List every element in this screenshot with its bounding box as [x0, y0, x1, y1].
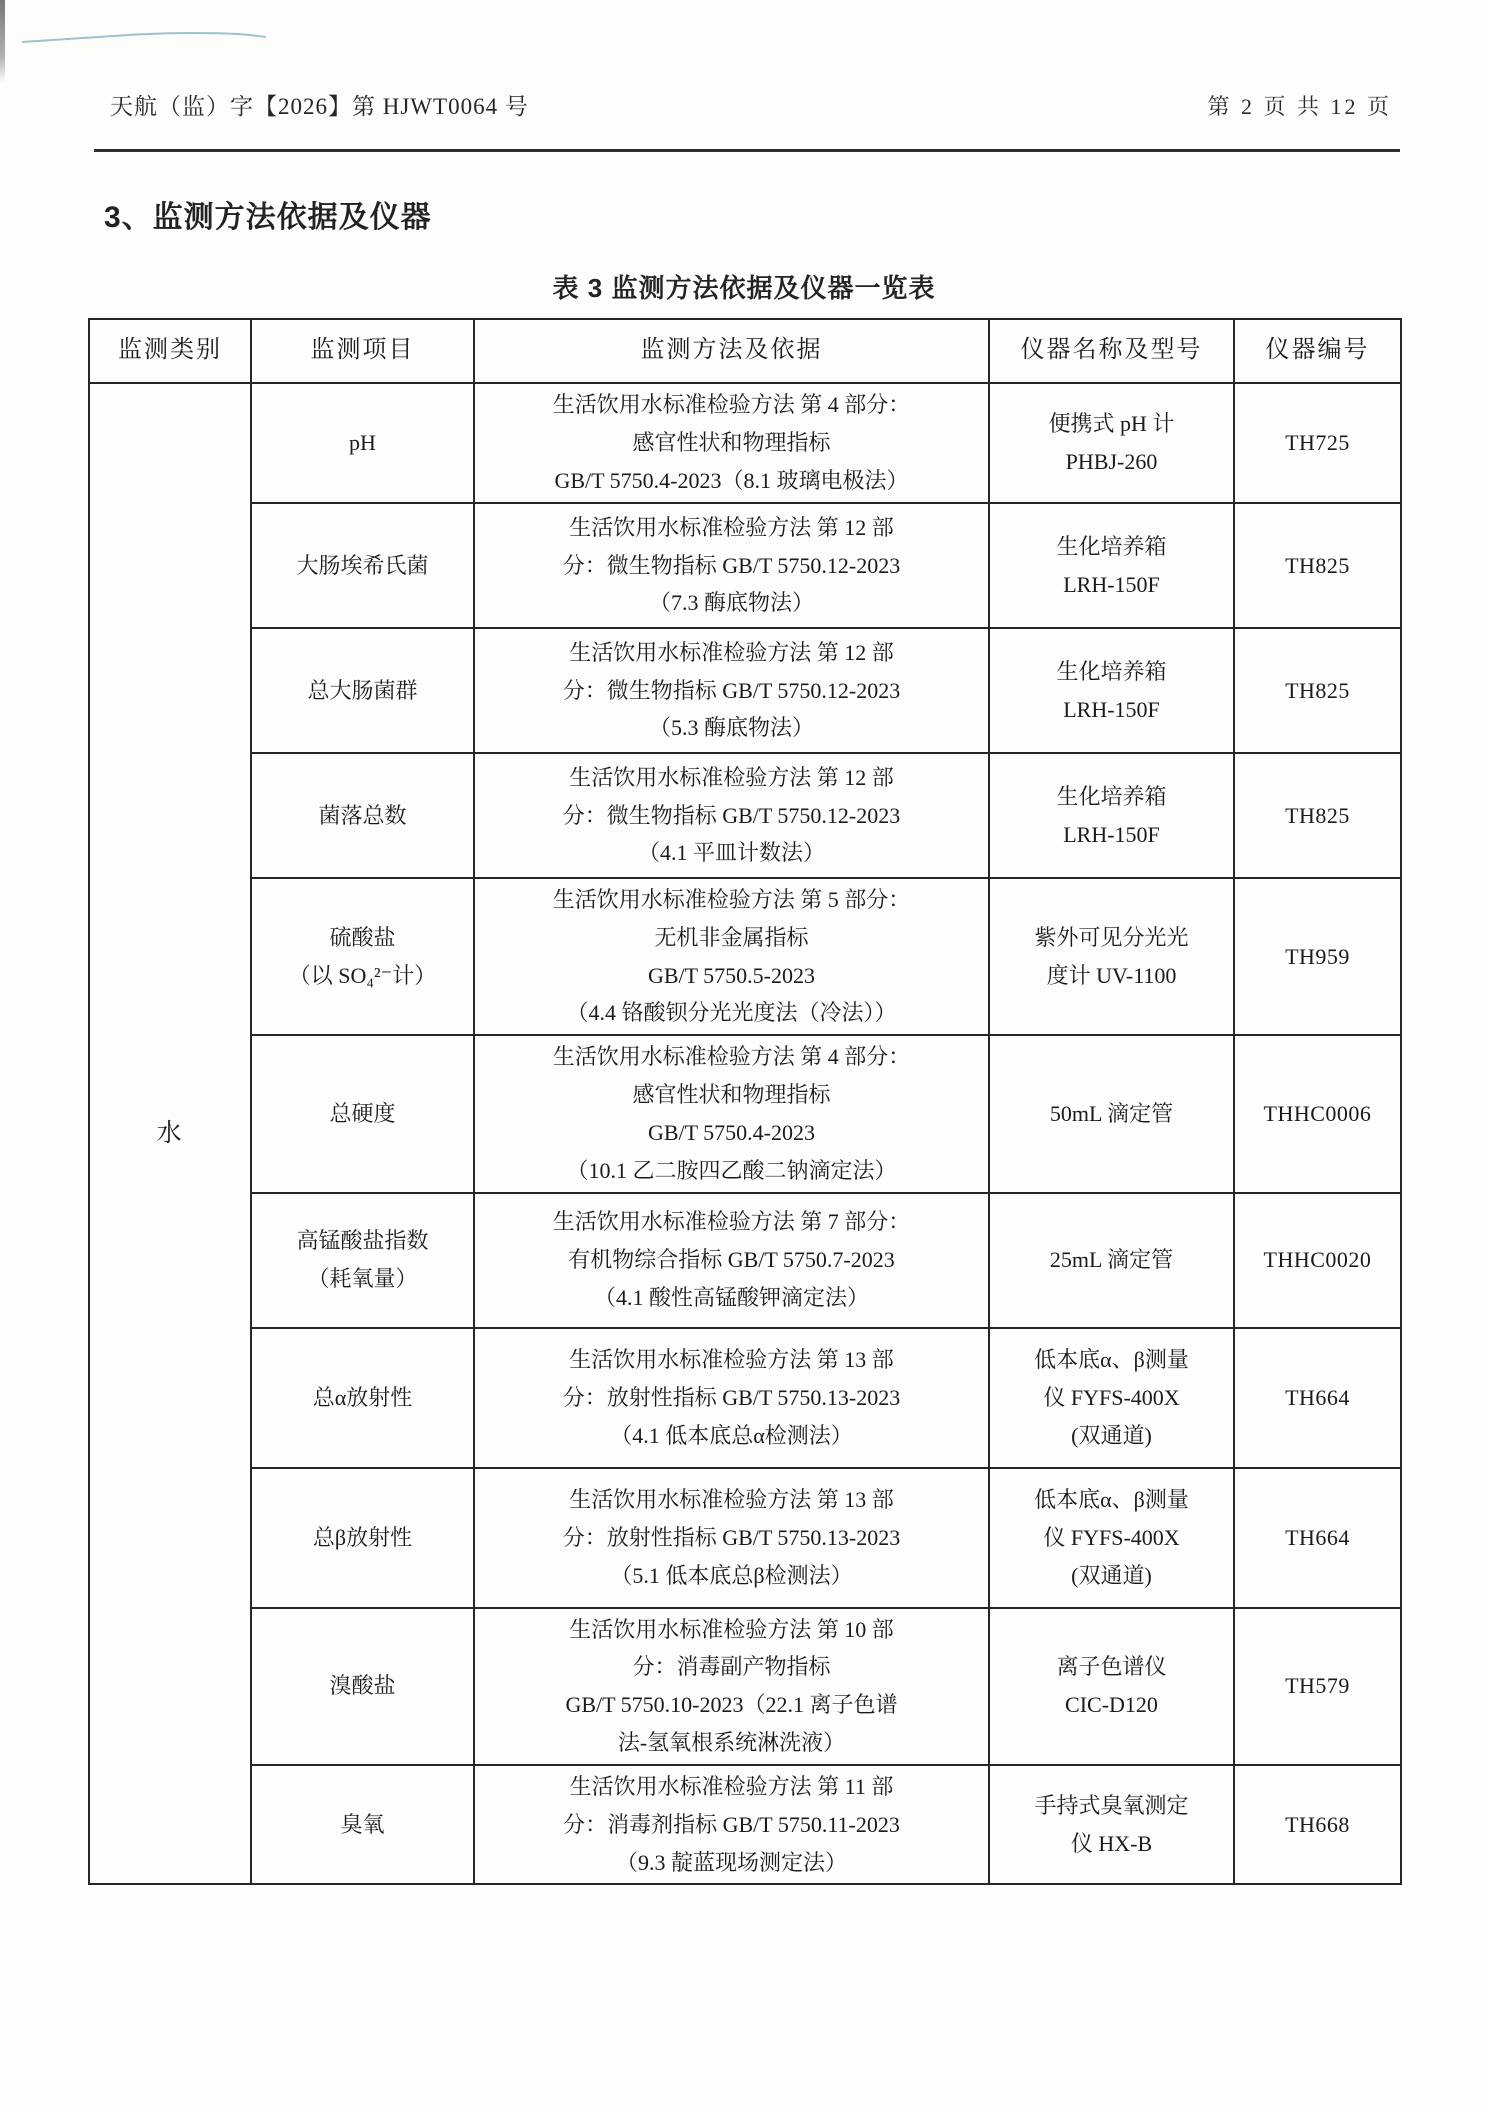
- item-cell: 大肠埃希氏菌: [251, 503, 474, 628]
- instrument-cell: 生化培养箱 LRH-150F: [989, 503, 1234, 628]
- table-row: 总硬度 生活饮用水标准检验方法 第 4 部分： 感官性状和物理指标 GB/T 5…: [89, 1035, 1401, 1192]
- instrument-cell: 便携式 pH 计 PHBJ-260: [989, 383, 1234, 503]
- instrument-id-cell: TH664: [1234, 1468, 1401, 1608]
- instrument-id-cell: TH725: [1234, 383, 1401, 503]
- item-cell: pH: [251, 383, 474, 503]
- table-row: 水 pH 生活饮用水标准检验方法 第 4 部分： 感官性状和物理指标 GB/T …: [89, 383, 1401, 503]
- method-cell: 生活饮用水标准检验方法 第 7 部分： 有机物综合指标 GB/T 5750.7-…: [474, 1193, 989, 1328]
- table-row: 总β放射性 生活饮用水标准检验方法 第 13 部 分：放射性指标 GB/T 57…: [89, 1468, 1401, 1608]
- instrument-cell: 离子色谱仪 CIC-D120: [989, 1608, 1234, 1765]
- instrument-id-cell: TH579: [1234, 1608, 1401, 1765]
- item-cell: 总β放射性: [251, 1468, 474, 1608]
- table-row: 臭氧 生活饮用水标准检验方法 第 11 部 分：消毒剂指标 GB/T 5750.…: [89, 1765, 1401, 1884]
- instrument-id-cell: TH664: [1234, 1328, 1401, 1468]
- item-cell: 硫酸盐 （以 SO₄²⁻计）: [251, 878, 474, 1035]
- monitoring-methods-table: 监测类别 监测项目 监测方法及依据 仪器名称及型号 仪器编号 水 pH 生活饮用…: [88, 318, 1402, 1885]
- table-header-row: 监测类别 监测项目 监测方法及依据 仪器名称及型号 仪器编号: [89, 319, 1401, 383]
- col-header-instrument-id: 仪器编号: [1234, 319, 1401, 383]
- instrument-id-cell: THHC0020: [1234, 1193, 1401, 1328]
- table-row: 硫酸盐 （以 SO₄²⁻计） 生活饮用水标准检验方法 第 5 部分： 无机非金属…: [89, 878, 1401, 1035]
- instrument-cell: 紫外可见分光光 度计 UV-1100: [989, 878, 1234, 1035]
- table-row: 总大肠菌群 生活饮用水标准检验方法 第 12 部 分：微生物指标 GB/T 57…: [89, 628, 1401, 753]
- instrument-cell: 低本底α、β测量 仪 FYFS-400X (双通道): [989, 1328, 1234, 1468]
- col-header-instrument: 仪器名称及型号: [989, 319, 1234, 383]
- header-divider: [94, 149, 1400, 152]
- category-cell: 水: [89, 383, 251, 1884]
- instrument-id-cell: THHC0006: [1234, 1035, 1401, 1192]
- table-row: 总α放射性 生活饮用水标准检验方法 第 13 部 分：放射性指标 GB/T 57…: [89, 1328, 1401, 1468]
- section-heading: 3、监测方法依据及仪器: [104, 192, 432, 236]
- col-header-method: 监测方法及依据: [474, 319, 989, 383]
- item-cell: 臭氧: [251, 1765, 474, 1884]
- instrument-id-cell: TH825: [1234, 753, 1401, 878]
- method-cell: 生活饮用水标准检验方法 第 13 部 分：放射性指标 GB/T 5750.13-…: [474, 1468, 989, 1608]
- method-cell: 生活饮用水标准检验方法 第 10 部 分：消毒副产物指标 GB/T 5750.1…: [474, 1608, 989, 1765]
- page-number: 第 2 页 共 12 页: [1207, 90, 1392, 121]
- col-header-item: 监测项目: [251, 319, 474, 383]
- table-row: 菌落总数 生活饮用水标准检验方法 第 12 部 分：微生物指标 GB/T 575…: [89, 753, 1401, 878]
- instrument-cell: 手持式臭氧测定 仪 HX-B: [989, 1765, 1234, 1884]
- instrument-id-cell: TH668: [1234, 1765, 1401, 1884]
- table-row: 溴酸盐 生活饮用水标准检验方法 第 10 部 分：消毒副产物指标 GB/T 57…: [89, 1608, 1401, 1765]
- item-cell: 总硬度: [251, 1035, 474, 1192]
- instrument-cell: 低本底α、β测量 仪 FYFS-400X (双通道): [989, 1468, 1234, 1608]
- instrument-cell: 生化培养箱 LRH-150F: [989, 753, 1234, 878]
- instrument-cell: 生化培养箱 LRH-150F: [989, 628, 1234, 753]
- method-cell: 生活饮用水标准检验方法 第 4 部分： 感官性状和物理指标 GB/T 5750.…: [474, 1035, 989, 1192]
- method-cell: 生活饮用水标准检验方法 第 12 部 分：微生物指标 GB/T 5750.12-…: [474, 503, 989, 628]
- item-cell: 高锰酸盐指数 （耗氧量）: [251, 1193, 474, 1328]
- item-cell: 溴酸盐: [251, 1608, 474, 1765]
- item-cell: 总α放射性: [251, 1328, 474, 1468]
- instrument-id-cell: TH825: [1234, 503, 1401, 628]
- item-cell: 总大肠菌群: [251, 628, 474, 753]
- table-title: 表 3 监测方法依据及仪器一览表: [88, 268, 1400, 305]
- table-row: 高锰酸盐指数 （耗氧量） 生活饮用水标准检验方法 第 7 部分： 有机物综合指标…: [89, 1193, 1401, 1328]
- document-number: 天航（监）字【2026】第 HJWT0064 号: [110, 88, 529, 121]
- document-page: 天航（监）字【2026】第 HJWT0064 号 第 2 页 共 12 页 3、…: [0, 0, 1488, 2105]
- method-cell: 生活饮用水标准检验方法 第 12 部 分：微生物指标 GB/T 5750.12-…: [474, 753, 989, 878]
- instrument-id-cell: TH959: [1234, 878, 1401, 1035]
- method-cell: 生活饮用水标准检验方法 第 13 部 分：放射性指标 GB/T 5750.13-…: [474, 1328, 989, 1468]
- instrument-cell: 50mL 滴定管: [989, 1035, 1234, 1192]
- table-row: 大肠埃希氏菌 生活饮用水标准检验方法 第 12 部 分：微生物指标 GB/T 5…: [89, 503, 1401, 628]
- method-cell: 生活饮用水标准检验方法 第 5 部分： 无机非金属指标 GB/T 5750.5-…: [474, 878, 989, 1035]
- scan-line-artifact: [0, 0, 300, 60]
- instrument-id-cell: TH825: [1234, 628, 1401, 753]
- item-cell: 菌落总数: [251, 753, 474, 878]
- instrument-cell: 25mL 滴定管: [989, 1193, 1234, 1328]
- col-header-category: 监测类别: [89, 319, 251, 383]
- method-cell: 生活饮用水标准检验方法 第 12 部 分：微生物指标 GB/T 5750.12-…: [474, 628, 989, 753]
- method-cell: 生活饮用水标准检验方法 第 11 部 分：消毒剂指标 GB/T 5750.11-…: [474, 1765, 989, 1884]
- method-cell: 生活饮用水标准检验方法 第 4 部分： 感官性状和物理指标 GB/T 5750.…: [474, 383, 989, 503]
